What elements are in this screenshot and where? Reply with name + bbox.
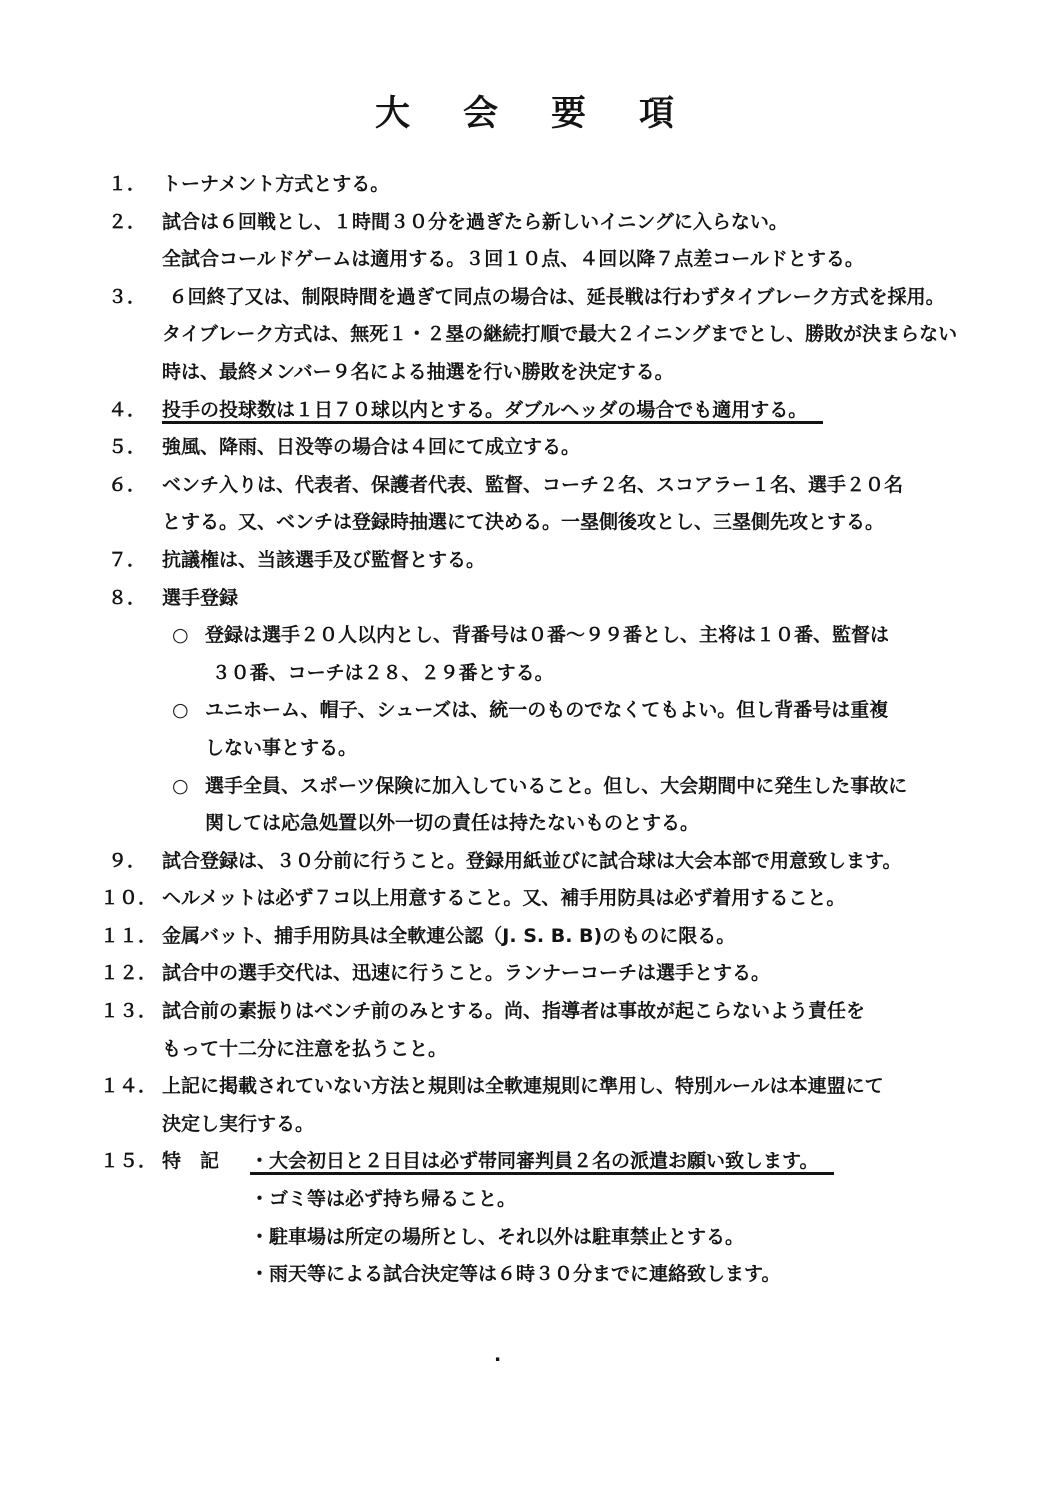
item-number: ６． bbox=[100, 467, 162, 505]
stray-dot-artifact: . bbox=[494, 1346, 501, 1365]
rule-item-6: ６． ベンチ入りは、代表者、保護者代表、監督、コーチ２名、スコアラー１名、選手２… bbox=[100, 467, 1018, 542]
rule-item-7: ７． 抗議権は、当該選手及び監督とする。 bbox=[100, 542, 1018, 580]
item-number: ８． bbox=[100, 580, 162, 618]
circle-bullet-icon: ○ bbox=[172, 617, 205, 692]
item-number: ３． bbox=[100, 279, 162, 317]
rule-item-9: ９． 試合登録は、３０分前に行うこと。登録用紙並びに試合球は大会本部で用意致しま… bbox=[100, 843, 1018, 881]
item-number: １４． bbox=[100, 1068, 162, 1106]
item-line: 決定し実行する。 bbox=[162, 1106, 1018, 1144]
rule-item-8: ８． 選手登録 ○ 登録は選手２０人以内とし、背番号は０番～９９番とし、主将は１… bbox=[100, 580, 1018, 843]
rules-list: １． トーナメント方式とする。 ２． 試合は６回戦とし、１時間３０分を過ぎたら新… bbox=[100, 166, 1018, 1294]
rule-item-12: １２． 試合中の選手交代は、迅速に行うこと。ランナーコーチは選手とする。 bbox=[100, 955, 1018, 993]
item-line: とする。又、ベンチは登録時抽選にて決める。一塁側後攻とし、三塁側先攻とする。 bbox=[162, 504, 1018, 542]
sub-item-line: 関しては応急処置以外一切の責任は持たないものとする。 bbox=[205, 805, 1018, 843]
item-line: ６回終了又は、制限時間を過ぎて同点の場合は、延長戦は行わずタイブレーク方式を採用… bbox=[162, 279, 1018, 317]
item-line: 試合登録は、３０分前に行うこと。登録用紙並びに試合球は大会本部で用意致します。 bbox=[162, 843, 1018, 881]
item-line: ベンチ入りは、代表者、保護者代表、監督、コーチ２名、スコアラー１名、選手２０名 bbox=[162, 467, 1018, 505]
rule-item-14: １４． 上記に掲載されていない方法と規則は全軟連規則に準用し、特別ルールは本連盟… bbox=[100, 1068, 1018, 1143]
item-number: ２． bbox=[100, 204, 162, 242]
rule-item-2: ２． 試合は６回戦とし、１時間３０分を過ぎたら新しいイニングに入らない。 全試合… bbox=[100, 204, 1018, 279]
special-notes-header-line: 特 記・大会初日と２日目は必ず帯同審判員２名の派遣お願い致します。 bbox=[162, 1143, 1018, 1181]
rule-item-3: ３． ６回終了又は、制限時間を過ぎて同点の場合は、延長戦は行わずタイブレーク方式… bbox=[100, 279, 1018, 392]
sub-item-line: ユニホーム、帽子、シューズは、統一のものでなくてもよい。但し背番号は重複 bbox=[205, 692, 1018, 730]
rule-item-13: １３． 試合前の素振りはベンチ前のみとする。尚、指導者は事故が起こらないよう責任… bbox=[100, 993, 1018, 1068]
item-number: １２． bbox=[100, 955, 162, 993]
item-line: 全試合コールドゲームは適用する。３回１０点、４回以降７点差コールドとする。 bbox=[162, 241, 1018, 279]
item-number: ５． bbox=[100, 429, 162, 467]
underlined-text: ・大会初日と２日目は必ず帯同審判員２名の派遣お願い致します。 bbox=[250, 1150, 834, 1175]
item-line: ヘルメットは必ず７コ以上用意すること。又、補手用防具は必ず着用すること。 bbox=[162, 880, 1018, 918]
item-line: 試合は６回戦とし、１時間３０分を過ぎたら新しいイニングに入らない。 bbox=[162, 204, 1018, 242]
item-line: もって十二分に注意を払うこと。 bbox=[162, 1031, 1018, 1069]
item-line: 試合前の素振りはベンチ前のみとする。尚、指導者は事故が起こらないよう責任を bbox=[162, 993, 1018, 1031]
item-number: １３． bbox=[100, 993, 162, 1031]
special-note-bullet: ・ゴミ等は必ず持ち帰ること。 bbox=[250, 1181, 1018, 1219]
item-line: タイブレーク方式は、無死１・２塁の継続打順で最大２イニングまでとし、勝敗が決まら… bbox=[162, 316, 1018, 354]
circle-bullet-icon: ○ bbox=[172, 768, 205, 843]
sub-item-line: ３０番、コーチは２８、２９番とする。 bbox=[205, 655, 1018, 693]
item-15-label: 特 記 bbox=[162, 1143, 250, 1181]
sub-item-2: ○ ユニホーム、帽子、シューズは、統一のものでなくてもよい。但し背番号は重複 し… bbox=[172, 692, 1018, 767]
item-line: トーナメント方式とする。 bbox=[162, 166, 1018, 204]
sub-item-line: しない事とする。 bbox=[205, 730, 1018, 768]
item-line: 選手登録 bbox=[162, 580, 1018, 618]
item-line-underlined: 投手の投球数は１日７０球以内とする。ダブルヘッダの場合でも適用する。 bbox=[162, 392, 1018, 430]
document-page: 大 会 要 項 １． トーナメント方式とする。 ２． 試合は６回戦とし、１時間３… bbox=[0, 0, 1058, 1497]
document-title: 大 会 要 項 bbox=[0, 86, 1058, 136]
item-number: １５． bbox=[100, 1143, 162, 1181]
sub-item-3: ○ 選手全員、スポーツ保険に加入していること。但し、大会期間中に発生した事故に … bbox=[172, 768, 1018, 843]
special-note-bullet: ・雨天等による試合決定等は６時３０分までに連絡致します。 bbox=[250, 1256, 1018, 1294]
sub-item-line: 登録は選手２０人以内とし、背番号は０番～９９番とし、主将は１０番、監督は bbox=[205, 617, 1018, 655]
rule-item-4: ４． 投手の投球数は１日７０球以内とする。ダブルヘッダの場合でも適用する。 bbox=[100, 392, 1018, 430]
circle-bullet-icon: ○ bbox=[172, 692, 205, 767]
item-line: 試合中の選手交代は、迅速に行うこと。ランナーコーチは選手とする。 bbox=[162, 955, 1018, 993]
item-line: 抗議権は、当該選手及び監督とする。 bbox=[162, 542, 1018, 580]
rule-item-15: １５． 特 記・大会初日と２日目は必ず帯同審判員２名の派遣お願い致します。 ・ゴ… bbox=[100, 1143, 1018, 1293]
sub-item-line: 選手全員、スポーツ保険に加入していること。但し、大会期間中に発生した事故に bbox=[205, 768, 1018, 806]
item-number: ９． bbox=[100, 843, 162, 881]
item-line: 強風、降雨、日没等の場合は４回にて成立する。 bbox=[162, 429, 1018, 467]
rule-item-10: １０． ヘルメットは必ず７コ以上用意すること。又、補手用防具は必ず着用すること。 bbox=[100, 880, 1018, 918]
item-number: １． bbox=[100, 166, 162, 204]
item-number: ４． bbox=[100, 392, 162, 430]
item-number: ７． bbox=[100, 542, 162, 580]
rule-item-5: ５． 強風、降雨、日没等の場合は４回にて成立する。 bbox=[100, 429, 1018, 467]
special-note-bullet: ・駐車場は所定の場所とし、それ以外は駐車禁止とする。 bbox=[250, 1219, 1018, 1257]
sub-item-1: ○ 登録は選手２０人以内とし、背番号は０番～９９番とし、主将は１０番、監督は ３… bbox=[172, 617, 1018, 692]
item-line: 時は、最終メンバー９名による抽選を行い勝敗を決定する。 bbox=[162, 354, 1018, 392]
underlined-text: 投手の投球数は１日７０球以内とする。ダブルヘッダの場合でも適用する。 bbox=[162, 399, 823, 424]
rule-item-1: １． トーナメント方式とする。 bbox=[100, 166, 1018, 204]
item-line: 金属バット、捕手用防具は全軟連公認（J. S. B. B)のものに限る。 bbox=[162, 918, 1018, 956]
item-line: 上記に掲載されていない方法と規則は全軟連規則に準用し、特別ルールは本連盟にて bbox=[162, 1068, 1018, 1106]
item-number: １１． bbox=[100, 918, 162, 956]
item-number: １０． bbox=[100, 880, 162, 918]
rule-item-11: １１． 金属バット、捕手用防具は全軟連公認（J. S. B. B)のものに限る。 bbox=[100, 918, 1018, 956]
